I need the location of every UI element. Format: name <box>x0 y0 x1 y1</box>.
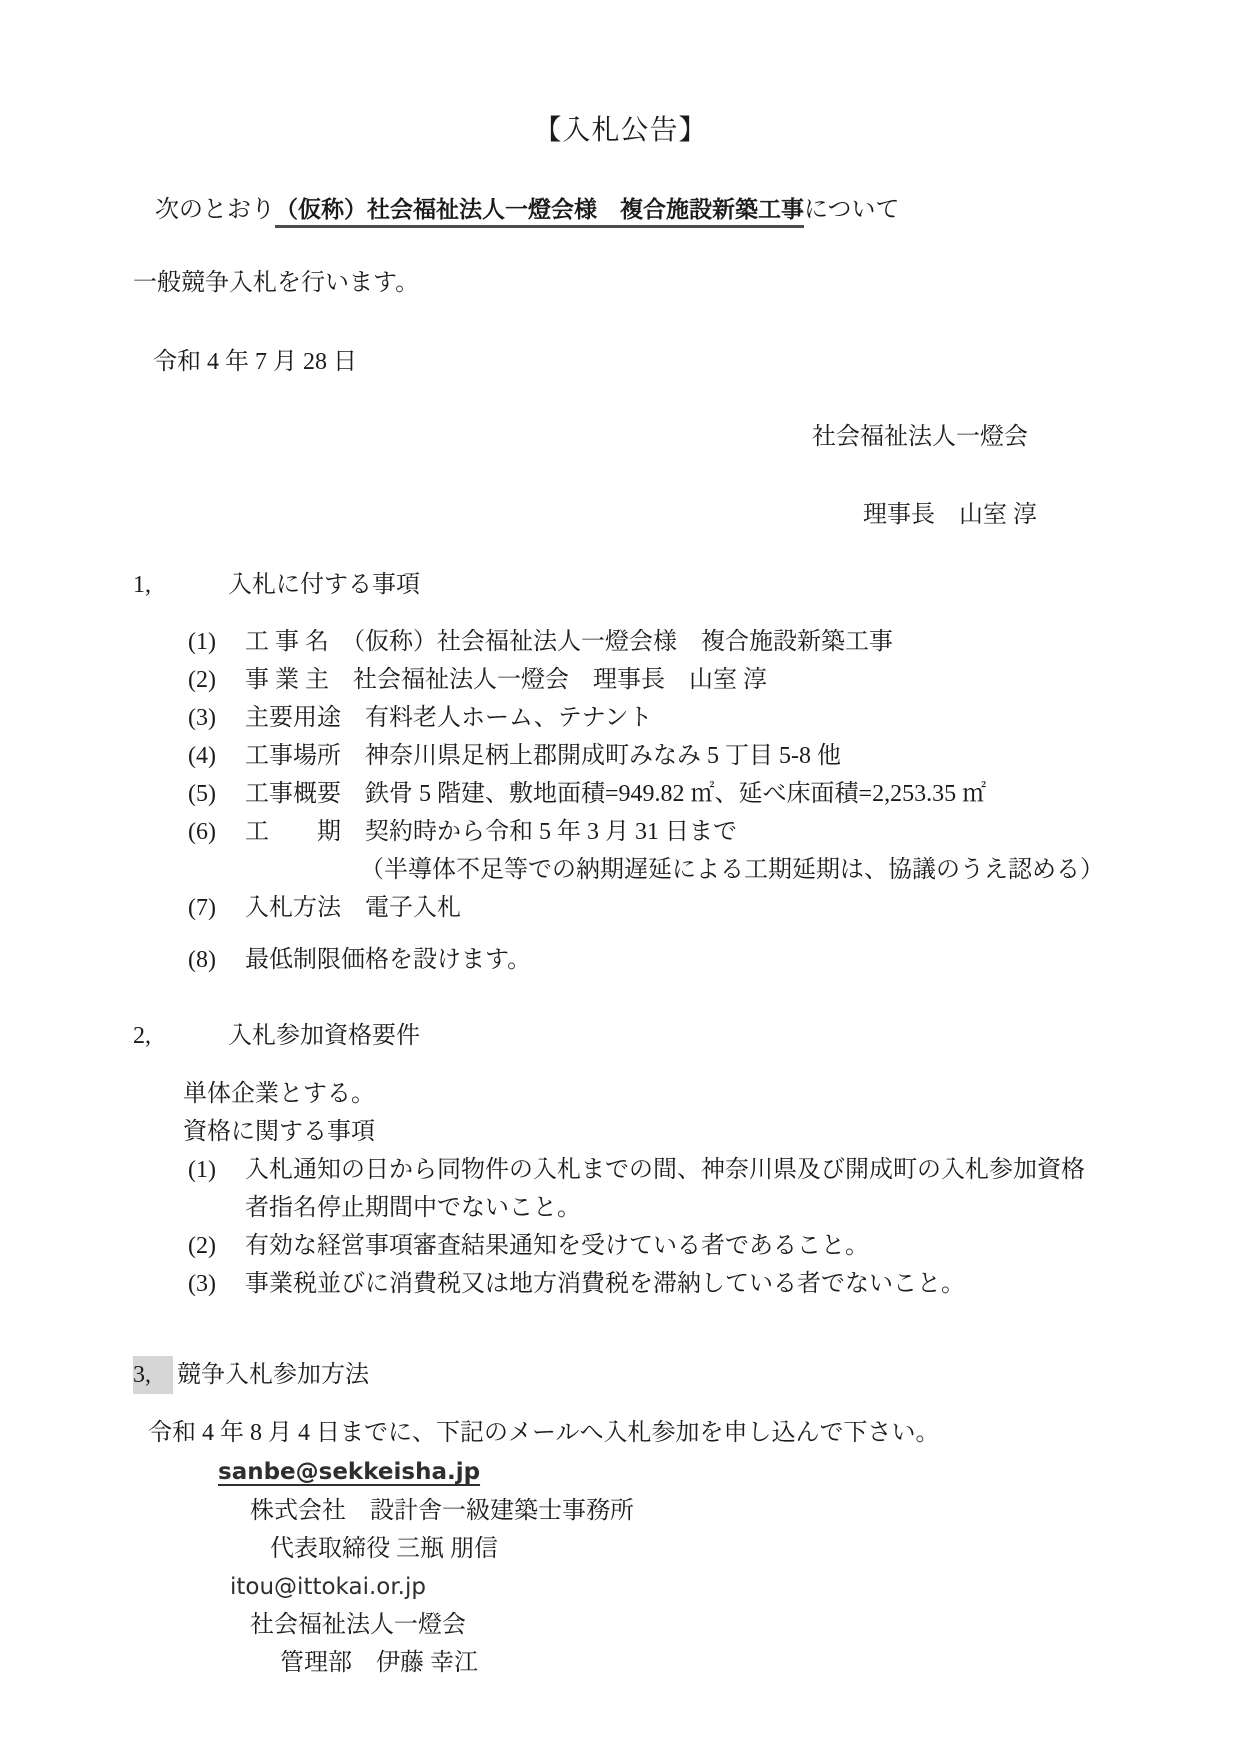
item-text: 事業税並びに消費税又は地方消費税を滞納している者でないこと。 <box>245 1265 1108 1303</box>
list-item: (2) 事 業 主 社会福祉法人一燈会 理事長 山室 淳 <box>188 661 1108 699</box>
item-marker: (5) <box>188 775 245 813</box>
list-item: (4) 工事場所 神奈川県足柄上郡開成町みなみ 5 丁目 5-8 他 <box>188 737 1108 775</box>
section-2-items: (1) 入札通知の日から同物件の入札までの間、神奈川県及び開成町の入札参加資格 … <box>133 1151 1108 1303</box>
intro-prefix: 次のとおり <box>155 197 275 223</box>
item-marker: (7) <box>188 889 245 927</box>
list-item: (3) 主要用途 有料老人ホーム、テナント <box>188 699 1108 737</box>
item-marker: (1) <box>188 623 245 661</box>
schedule-note: （半導体不足等での納期遅延による工期延期は、協議のうえ認める） <box>133 851 1108 889</box>
project-subject-underlined: （仮称）社会福祉法人一燈会様 複合施設新築工事 <box>275 196 804 228</box>
intro-line: 次のとおり（仮称）社会福祉法人一燈会様 複合施設新築工事について <box>133 190 1108 229</box>
section-2-number: 2, <box>133 1017 228 1055</box>
item-marker: (3) <box>188 699 245 737</box>
section-3-number: 3, <box>133 1356 177 1394</box>
item-marker: (1) <box>188 1151 245 1227</box>
item-text: 最低制限価格を設けます。 <box>245 941 1108 979</box>
section-1-items-tail: (7) 入札方法 電子入札 (8) 最低制限価格を設けます。 <box>133 889 1108 979</box>
section-3-heading: 3, 競争入札参加方法 <box>133 1356 1108 1394</box>
item-text: 工事概要 鉄骨 5 階建、敷地面積=949.82 ㎡、延べ床面積=2,253.3… <box>245 775 1108 813</box>
qualification-line: 資格に関する事項 <box>133 1113 1108 1151</box>
item-marker: (2) <box>188 661 245 699</box>
item-marker: (4) <box>188 737 245 775</box>
contact-email: itou@ittokai.or.jp <box>133 1568 1108 1606</box>
contact-email-link[interactable]: sanbe@sekkeisha.jp <box>133 1452 1108 1492</box>
item-marker: (3) <box>188 1265 245 1303</box>
section-2-heading: 2, 入札参加資格要件 <box>133 1017 1108 1055</box>
section-1-items: (1) 工 事 名 （仮称）社会福祉法人一燈会様 複合施設新築工事 (2) 事 … <box>133 623 1108 851</box>
list-item: (5) 工事概要 鉄骨 5 階建、敷地面積=949.82 ㎡、延べ床面積=2,2… <box>188 775 1108 813</box>
list-item: (1) 入札通知の日から同物件の入札までの間、神奈川県及び開成町の入札参加資格 … <box>188 1151 1108 1227</box>
issuer-organization: 社会福祉法人一燈会 <box>133 418 1108 456</box>
intro-suffix: について <box>804 197 900 223</box>
issuer-representative: 理事長 山室 淳 <box>133 496 1108 534</box>
item-text: 入札通知の日から同物件の入札までの間、神奈川県及び開成町の入札参加資格 者指名停… <box>245 1151 1108 1227</box>
list-item: (6) 工 期 契約時から令和 5 年 3 月 31 日まで <box>188 813 1108 851</box>
item-marker: (8) <box>188 941 245 979</box>
item-text: 工 事 名 （仮称）社会福祉法人一燈会様 複合施設新築工事 <box>245 623 1108 661</box>
list-item: (7) 入札方法 電子入札 <box>188 889 1108 927</box>
page-title: 【入札公告】 <box>133 113 1108 149</box>
highlighted-section-number: 3, <box>133 1356 173 1394</box>
contact-person: 管理部 伊藤 幸江 <box>133 1644 1108 1682</box>
item-text: 有効な経営事項審査結果通知を受けている者であること。 <box>245 1227 1108 1265</box>
application-instruction: 令和 4 年 8 月 4 日までに、下記のメールへ入札参加を申し込んで下さい。 <box>133 1414 1108 1452</box>
list-item: (8) 最低制限価格を設けます。 <box>188 941 1108 979</box>
item-text: 事 業 主 社会福祉法人一燈会 理事長 山室 淳 <box>245 661 1108 699</box>
section-1-title: 入札に付する事項 <box>228 566 420 604</box>
section-1-heading: 1, 入札に付する事項 <box>133 566 1108 604</box>
tender-notice-document: 【入札公告】 次のとおり（仮称）社会福祉法人一燈会様 複合施設新築工事について … <box>0 0 1241 1755</box>
contact-person: 代表取締役 三瓶 朋信 <box>133 1530 1108 1568</box>
section-2-title: 入札参加資格要件 <box>228 1017 420 1055</box>
section-1-number: 1, <box>133 566 228 604</box>
qualification-line: 単体企業とする。 <box>133 1075 1108 1113</box>
issue-date: 令和 4 年 7 月 28 日 <box>133 343 1108 381</box>
lead-sentence: 一般競争入札を行います。 <box>133 264 1108 302</box>
section-3-title: 競争入札参加方法 <box>177 1356 369 1394</box>
item-marker: (2) <box>188 1227 245 1265</box>
item-text: 工事場所 神奈川県足柄上郡開成町みなみ 5 丁目 5-8 他 <box>245 737 1108 775</box>
contact-company: 株式会社 設計舎一級建築士事務所 <box>133 1492 1108 1530</box>
list-item: (1) 工 事 名 （仮称）社会福祉法人一燈会様 複合施設新築工事 <box>188 623 1108 661</box>
list-item: (2) 有効な経営事項審査結果通知を受けている者であること。 <box>188 1227 1108 1265</box>
item-text: 主要用途 有料老人ホーム、テナント <box>245 699 1108 737</box>
item-text: 入札方法 電子入札 <box>245 889 1108 927</box>
contact-company: 社会福祉法人一燈会 <box>133 1606 1108 1644</box>
list-item: (3) 事業税並びに消費税又は地方消費税を滞納している者でないこと。 <box>188 1265 1108 1303</box>
item-marker: (6) <box>188 813 245 851</box>
item-text: 工 期 契約時から令和 5 年 3 月 31 日まで <box>245 813 1108 851</box>
